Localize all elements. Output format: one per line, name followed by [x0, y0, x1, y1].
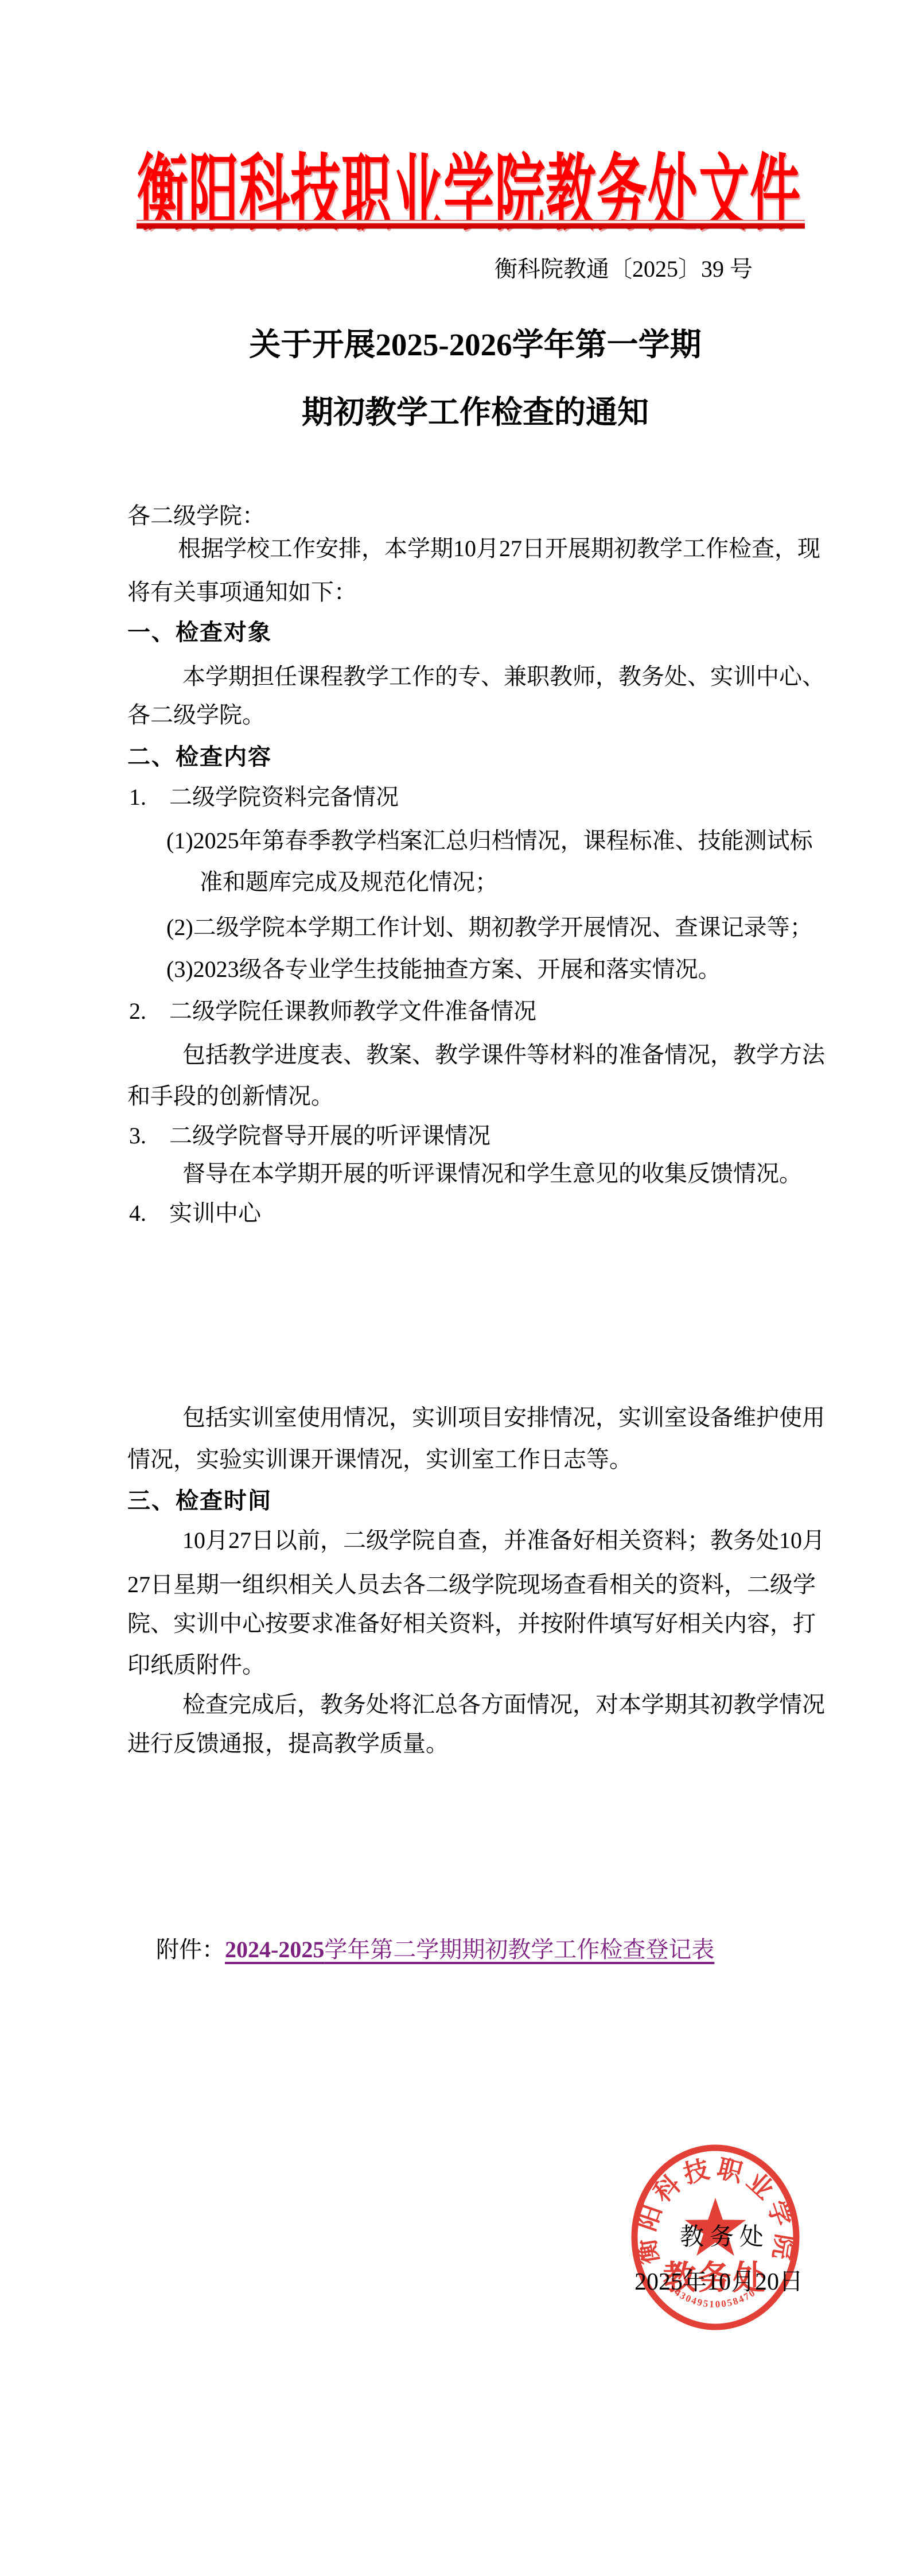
body-line: 情况，实验实训课开课情况，实训室工作日志等。: [127, 1446, 632, 1473]
body-line: 检查完成后，教务处将汇总各方面情况，对本学期其初教学情况: [182, 1691, 825, 1718]
section-heading-1: 一、检查对象: [127, 619, 272, 646]
notice-title-line2: 期初教学工作检查的通知: [127, 387, 823, 432]
body-line: 各二级学院：: [127, 502, 265, 530]
body-line: 将有关事项通知如下：: [127, 579, 357, 606]
body-line: 27日星期一组织相关人员去各二级学院现场查看相关的资料，二级学: [127, 1571, 816, 1599]
attachment-row: 附件：2024-2025学年第二学期期初教学工作检查登记表: [133, 1904, 714, 1991]
letterhead-rule: [137, 220, 805, 228]
official-seal: 衡阳科技职业学院 教务处 43049510058470: [629, 2143, 801, 2332]
notice-title-line1: 关于开展2025-2026学年第一学期: [127, 319, 823, 364]
body-line: 包括教学进度表、教案、教学课件等材料的准备情况，教学方法: [182, 1041, 825, 1069]
body-line: 院、实训中心按要求准备好相关资料，并按附件填写好相关内容，打: [127, 1610, 816, 1638]
body-line: 印纸质附件。: [127, 1651, 265, 1679]
body-line: 本学期担任课程教学工作的专、兼职教师，教务处、实训中心、: [182, 663, 825, 690]
attachment-link-text: 学年第二学期期初教学工作检查登记表: [324, 1937, 714, 1962]
seal-star-icon: [685, 2198, 746, 2256]
list-subitem-wrap: 准和题库完成及规范化情况；: [200, 868, 498, 896]
document-page: 衡阳科技职业学院教务处文件 衡科院教通〔2025〕39 号 关于开展2025-2…: [0, 0, 911, 2576]
list-subitem: (3)2023级各专业学生技能抽查方案、开展和落实情况。: [166, 956, 721, 983]
list-item-4: 4. 实训中心: [129, 1200, 261, 1227]
body-line: 和手段的创新情况。: [127, 1083, 334, 1110]
body-line: 根据学校工作安排，本学期10月27日开展期初教学工作检查，现: [178, 535, 820, 562]
list-subitem: (1)2025年第春季教学档案汇总归档情况，课程标准、技能测试标: [166, 827, 813, 855]
attachment-label: 附件：: [156, 1937, 225, 1962]
section-heading-3: 三、检查时间: [127, 1487, 272, 1515]
body-line: 包括实训室使用情况，实训项目安排情况，实训室设备维护使用: [182, 1404, 825, 1431]
list-item-3: 3. 二级学院督导开展的听评课情况: [129, 1122, 490, 1150]
list-subitem: (2)二级学院本学期工作计划、期初教学开展情况、查课记录等；: [166, 914, 813, 941]
attachment-link-number: 2024-2025: [225, 1937, 324, 1962]
body-line: 进行反馈通报，提高教学质量。: [127, 1730, 449, 1758]
body-line: 10月27日以前，二级学院自查，并准备好相关资料；教务处10月: [182, 1527, 825, 1554]
section-heading-2: 二、检查内容: [127, 743, 272, 771]
document-number: 衡科院教通〔2025〕39 号: [495, 251, 753, 284]
list-item-1: 1. 二级学院资料完备情况: [129, 783, 399, 811]
list-item-2: 2. 二级学院任课教师教学文件准备情况: [129, 998, 536, 1025]
body-line: 各二级学院。: [127, 701, 265, 729]
body-line: 督导在本学期开展的听评课情况和学生意见的收集反馈情况。: [182, 1160, 802, 1188]
letterhead-banner: 衡阳科技职业学院教务处文件: [137, 127, 807, 247]
attachment-link[interactable]: 2024-2025学年第二学期期初教学工作检查登记表: [225, 1937, 714, 1962]
